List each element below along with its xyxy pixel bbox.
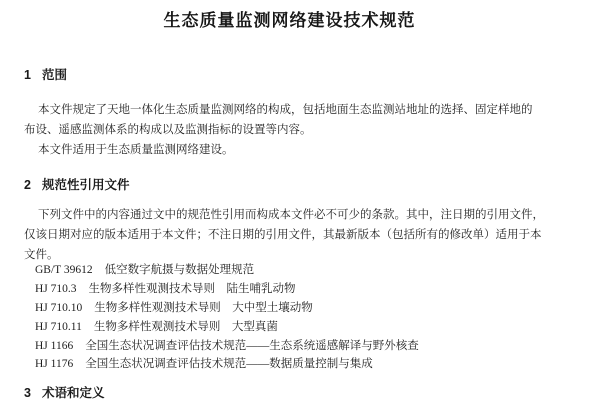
section-2-number: 2 [24, 178, 42, 192]
section-3-title: 术语和定义 [42, 386, 105, 400]
scope-paragraphs: 本文件规定了天地一体化生态质量监测网络的构成，包括地面生态监测站地址的选择、固定… [24, 100, 555, 160]
section-3-number: 3 [24, 386, 42, 400]
reference-list: GB/T 39612低空数字航摄与数据处理规范 HJ 710.3生物多样性观测技… [24, 261, 555, 374]
reference-title: 全国生态状况调查评估技术规范——数据质量控制与集成 [85, 358, 373, 370]
reference-code: HJ 1176 [35, 358, 73, 370]
section-1-heading: 1 范围 [24, 68, 555, 82]
scope-applicability-line: 本文件适用于生态质量监测网络建设。 [24, 140, 555, 160]
reference-item: HJ 1166全国生态状况调查评估技术规范——生态系统遥感解译与野外核查 [35, 337, 555, 356]
references-intro-line: 仅该日期对应的版本适用于本文件；不注日期的引用文件，其最新版本（包括所有的修改单… [24, 226, 555, 246]
section-2-heading: 2 规范性引用文件 [24, 178, 555, 192]
text-column: 生态质量监测网络建设技术规范 1 范围 本文件规定了天地一体化生态质量监测网络的… [24, 11, 555, 400]
section-1-number: 1 [24, 68, 42, 82]
reference-title: 全国生态状况调查评估技术规范——生态系统遥感解译与野外核查 [85, 340, 419, 352]
references-intro-paragraph: 下列文件中的内容通过文中的规范性引用而构成本文件必不可少的条款。其中，注日期的引… [24, 206, 555, 265]
section-3-heading: 3 术语和定义 [24, 386, 555, 400]
references-intro-line: 下列文件中的内容通过文中的规范性引用而构成本文件必不可少的条款。其中，注日期的引… [24, 206, 555, 226]
reference-title: 生物多样性观测技术导则 大中型土壤动物 [94, 302, 313, 314]
reference-code: HJ 710.10 [35, 302, 82, 314]
reference-title: 低空数字航摄与数据处理规范 [105, 264, 255, 276]
scope-paragraph-line: 布设、遥感监测体系的构成以及监测指标的设置等内容。 [24, 120, 555, 140]
scope-paragraph-line: 本文件规定了天地一体化生态质量监测网络的构成，包括地面生态监测站地址的选择、固定… [24, 100, 555, 120]
document-title: 生态质量监测网络建设技术规范 [24, 11, 555, 31]
section-1-title: 范围 [42, 68, 67, 82]
reference-code: HJ 710.11 [35, 321, 82, 333]
reference-item: HJ 710.10生物多样性观测技术导则 大中型土壤动物 [35, 299, 555, 318]
reference-code: HJ 1166 [35, 340, 73, 352]
section-2-title: 规范性引用文件 [42, 178, 130, 192]
reference-code: HJ 710.3 [35, 283, 77, 295]
reference-title: 生物多样性观测技术导则 陆生哺乳动物 [89, 283, 296, 295]
document-page: 生态质量监测网络建设技术规范 1 范围 本文件规定了天地一体化生态质量监测网络的… [0, 0, 600, 400]
reference-title: 生物多样性观测技术导则 大型真菌 [94, 321, 278, 333]
reference-code: GB/T 39612 [35, 264, 93, 276]
reference-item: HJ 1176全国生态状况调查评估技术规范——数据质量控制与集成 [35, 355, 555, 374]
reference-item: HJ 710.11生物多样性观测技术导则 大型真菌 [35, 318, 555, 337]
reference-item: GB/T 39612低空数字航摄与数据处理规范 [35, 261, 555, 280]
reference-item: HJ 710.3生物多样性观测技术导则 陆生哺乳动物 [35, 280, 555, 299]
